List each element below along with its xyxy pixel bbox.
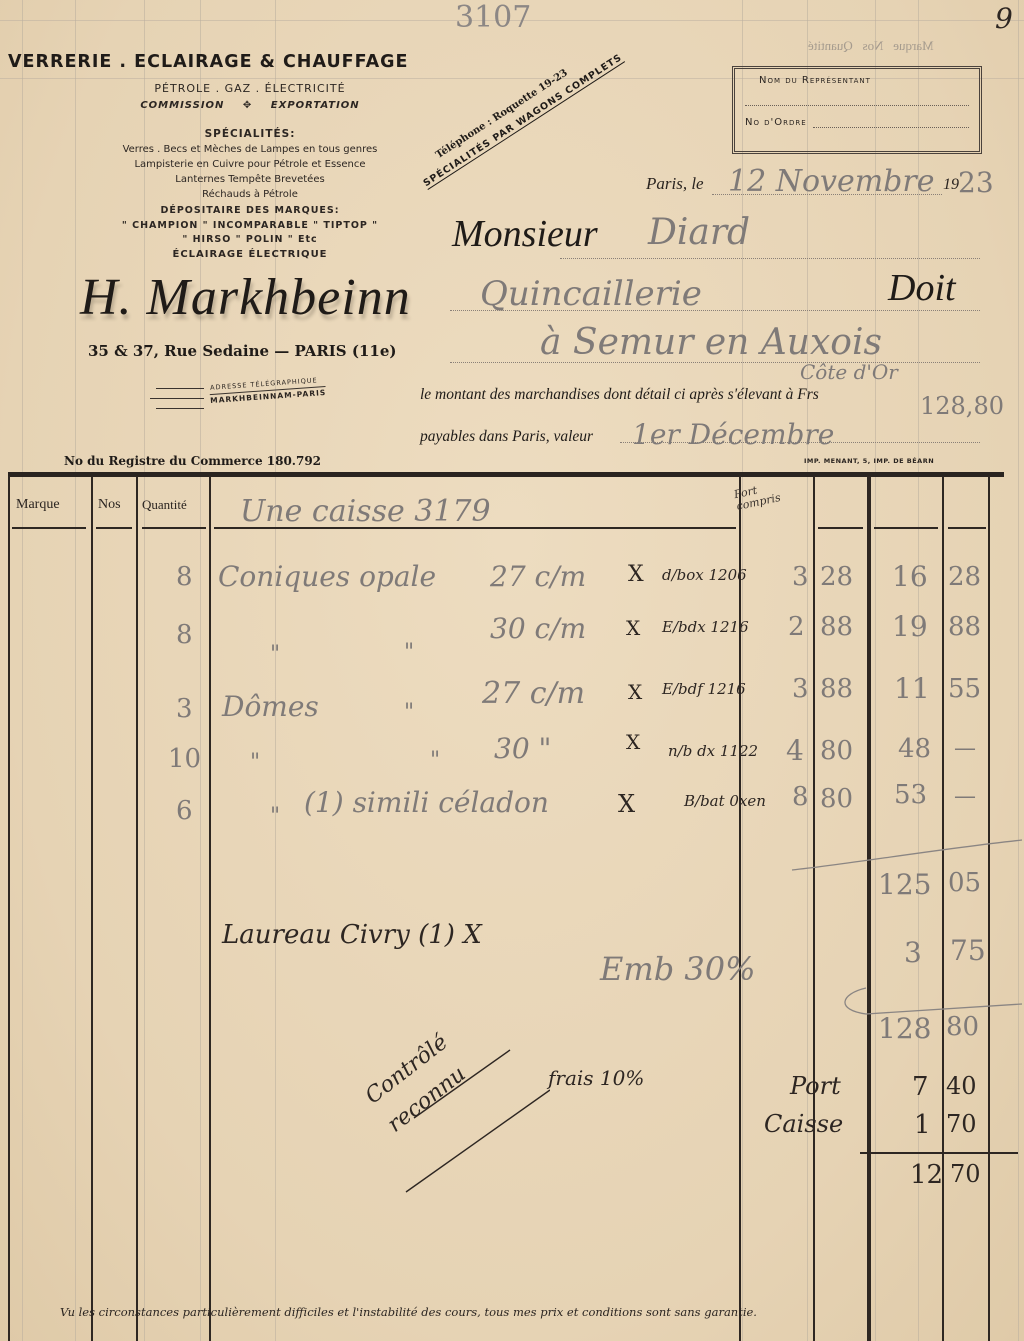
- row-total-dec: —: [954, 784, 976, 809]
- order-row: No d'Ordre: [745, 116, 969, 128]
- ornament-icon: ✥: [243, 100, 252, 111]
- extra-total-dec: 70: [950, 1160, 981, 1188]
- row-desc: Dômes: [222, 690, 319, 723]
- header-underline: [12, 527, 86, 529]
- column-header-nos: Nos: [98, 497, 121, 513]
- row-ref: B/bat 0xen: [684, 792, 766, 810]
- row-total-int: 11: [894, 672, 930, 705]
- row-total-int: 16: [892, 560, 928, 593]
- reverse-quantite: Quantité: [808, 38, 853, 53]
- row-total-int: 53: [894, 780, 927, 810]
- products-line: PÉTROLE . GAZ . ÉLECTRICITÉ: [100, 82, 400, 95]
- row-total-int: 48: [898, 734, 931, 764]
- row-size: 27 c/m: [490, 560, 586, 593]
- row-desc: Coniques opale: [218, 560, 436, 593]
- row-check-mark: X: [626, 730, 640, 754]
- header-line-text: Une caisse 3179: [240, 494, 491, 529]
- row-unit-int: 3: [792, 674, 809, 704]
- column-divider: [91, 476, 93, 1341]
- rule-line: [75, 0, 76, 1341]
- row-qty: 10: [168, 744, 201, 774]
- column-divider: [813, 476, 815, 1341]
- subtotal-dec: 05: [948, 868, 981, 898]
- monsieur: Monsieur: [452, 212, 598, 256]
- telegraph-rule: [156, 388, 204, 389]
- brands-line-1: " CHAMPION " INCOMPARABLE " TIPTOP ": [100, 220, 400, 231]
- company-signature: H. Markhbeinn: [80, 268, 411, 327]
- row-unit-dec: 28: [820, 562, 853, 592]
- invoice-date: 12 Novembre: [728, 164, 934, 199]
- company-title: VERRERIE . ECLAIRAGE & CHAUFFAGE: [8, 52, 408, 72]
- company-address: 35 & 37, Rue Sedaine — PARIS (11e): [88, 342, 396, 360]
- footer-disclaimer: Vu les circonstances particulièrement di…: [60, 1305, 980, 1319]
- electric-lighting: ÉCLAIRAGE ÉLECTRIQUE: [100, 249, 400, 260]
- emballage-int: 3: [904, 936, 922, 969]
- telegraph-rule: [156, 408, 204, 409]
- column-divider: [8, 476, 10, 1341]
- subtotal-int: 125: [878, 868, 931, 901]
- ditto-mark: ": [404, 640, 414, 665]
- row-unit-dec: 88: [820, 674, 853, 704]
- place-label: Paris, le: [646, 174, 704, 194]
- row-unit-dec: 80: [820, 736, 853, 766]
- representative-name-field[interactable]: [745, 86, 969, 106]
- controle-strokes: [400, 1020, 550, 1200]
- telephone: Téléphone : Roquette 19-23: [434, 68, 570, 161]
- row-check-mark: X: [628, 562, 644, 587]
- brands-line-2: " HIRSO " POLIN " Etc: [100, 234, 400, 245]
- rule-line: [22, 0, 23, 1341]
- row-total-int: 19: [892, 610, 928, 643]
- order-number-label: No d'Ordre: [745, 117, 807, 128]
- row-total-dec: 28: [948, 562, 981, 592]
- doit-label: Doit: [888, 266, 956, 310]
- client-region: Côte d'Or: [800, 360, 898, 384]
- header-underline: [142, 527, 206, 529]
- amount-value: 128,80: [920, 392, 1004, 420]
- commission-export: COMMISSION ✥ EXPORTATION: [100, 100, 400, 111]
- reverse-nos: Nos: [863, 38, 884, 53]
- header-underline: [818, 527, 863, 529]
- addressee-line: [450, 310, 980, 311]
- specialites-item: Lampisterie en Cuivre pour Pétrole et Es…: [100, 159, 400, 170]
- frais-note: frais 10%: [548, 1066, 644, 1090]
- column-divider: [209, 476, 211, 1341]
- column-header-quantite: Quantité: [142, 497, 187, 513]
- row-total-dec: 88: [948, 612, 981, 642]
- specialites-item: Verres . Becs et Mèches de Lampes en tou…: [100, 144, 400, 155]
- rule-line: [1018, 0, 1019, 1341]
- column-divider: [942, 476, 944, 1341]
- row-qty: 6: [176, 796, 193, 826]
- rule-line: [200, 0, 201, 1341]
- payable-date: 1er Décembre: [632, 418, 834, 451]
- representative-name-label: Nom du Représentant: [745, 75, 969, 86]
- commission-label: COMMISSION: [140, 100, 224, 111]
- row-unit-dec: 80: [820, 784, 853, 814]
- row-desc: (1) simili céladon: [304, 786, 549, 819]
- row-check-mark: X: [618, 790, 635, 818]
- commerce-registry: No du Registre du Commerce 180.792: [64, 454, 321, 468]
- top-note: 3107: [455, 0, 531, 35]
- order-number-field[interactable]: [813, 116, 969, 128]
- row-size: 30 ": [494, 732, 551, 765]
- column-divider: [867, 476, 871, 1341]
- depositaire-heading: DÉPOSITAIRE DES MARQUES:: [100, 205, 400, 216]
- row-size: 30 c/m: [490, 612, 586, 645]
- row-ref: E/bdf 1216: [662, 680, 746, 698]
- row-check-mark: X: [628, 680, 642, 704]
- extra-total-int: 12: [910, 1160, 943, 1190]
- ditto-mark: ": [430, 748, 440, 773]
- representative-box: Nom du Représentant No d'Ordre: [732, 66, 982, 154]
- total-int: 128: [878, 1012, 931, 1045]
- row-ref: d/box 1206: [662, 566, 747, 584]
- payable-sentence: payables dans Paris, valeur: [420, 428, 593, 446]
- rule-line: [875, 0, 876, 1341]
- emballage-note: Emb 30%: [600, 950, 755, 988]
- ditto-mark: ": [250, 750, 260, 775]
- row-total-dec: —: [954, 736, 976, 761]
- row-unit-int: 3: [792, 562, 809, 592]
- specialites-item: Lanternes Tempête Brevetées: [100, 174, 400, 185]
- row-unit-int: 2: [788, 612, 805, 642]
- rule-line: [275, 0, 276, 1341]
- row-size: 27 c/m: [482, 676, 585, 711]
- caisse-int: 1: [914, 1110, 931, 1140]
- caisse-label: Caisse: [764, 1110, 843, 1138]
- laureau-line: Laureau Civry (1) X: [222, 920, 482, 950]
- header-underline: [96, 527, 132, 529]
- caisse-dec: 70: [946, 1110, 977, 1138]
- column-divider: [136, 476, 138, 1341]
- row-ref: E/bdx 1216: [662, 618, 749, 636]
- port-dec: 40: [946, 1072, 977, 1100]
- addressee-line: [560, 258, 980, 259]
- port-int: 7: [912, 1072, 929, 1102]
- row-qty: 8: [176, 562, 193, 592]
- rule-line: [807, 0, 808, 1341]
- extra-sum-rule: [860, 1152, 1018, 1154]
- year-suffix: 23: [958, 166, 994, 199]
- wagons-specialty: SPÉCIALITÉS PAR WAGONS COMPLETS: [421, 52, 624, 190]
- total-dec: 80: [946, 1012, 979, 1042]
- column-divider: [739, 476, 741, 1341]
- amount-sentence: le montant des marchandises dont détail …: [420, 386, 819, 404]
- specialites-heading: SPÉCIALITÉS:: [100, 128, 400, 140]
- port-label: Port: [790, 1072, 841, 1100]
- reverse-header: Marque Nos Quantité: [808, 38, 934, 54]
- telegraph-block: ADRESSE TÉLÉGRAPHIQUE MARKHBEINNAM-PARIS: [150, 382, 360, 422]
- column-header-marque: Marque: [16, 497, 60, 513]
- client-name: Diard: [648, 212, 750, 253]
- row-unit-int: 4: [786, 734, 804, 767]
- reverse-marque: Marque: [893, 38, 933, 53]
- printer-credit: IMP. MENANT, 5, IMP. DE BÉARN: [804, 457, 934, 465]
- header-underline: [948, 527, 986, 529]
- addressee-line: [450, 362, 980, 363]
- client-city: à Semur en Auxois: [540, 322, 882, 363]
- row-unit-int: 8: [792, 782, 809, 812]
- row-qty: 3: [176, 694, 193, 724]
- ditto-mark: ": [404, 700, 414, 725]
- row-ref: n/b dx 1122: [668, 742, 758, 760]
- column-divider: [988, 476, 990, 1341]
- row-unit-dec: 88: [820, 612, 853, 642]
- specialites-item: Réchauds à Pétrole: [100, 189, 400, 200]
- telegraph-rule: [150, 398, 204, 399]
- rule-line: [742, 0, 743, 1341]
- client-business: Quincaillerie: [480, 274, 702, 314]
- table-top-rule: [8, 472, 1004, 477]
- rule-line: [144, 0, 145, 1341]
- exportation-label: EXPORTATION: [271, 100, 360, 111]
- emballage-dec: 75: [950, 934, 986, 967]
- page-number: 9: [995, 2, 1013, 35]
- row-total-dec: 55: [948, 674, 981, 704]
- year-prefix: 19: [943, 176, 959, 194]
- ditto-mark: ": [270, 642, 280, 667]
- ditto-mark: ": [270, 804, 280, 829]
- row-check-mark: X: [626, 616, 640, 640]
- row-qty: 8: [176, 620, 193, 650]
- header-underline: [874, 527, 938, 529]
